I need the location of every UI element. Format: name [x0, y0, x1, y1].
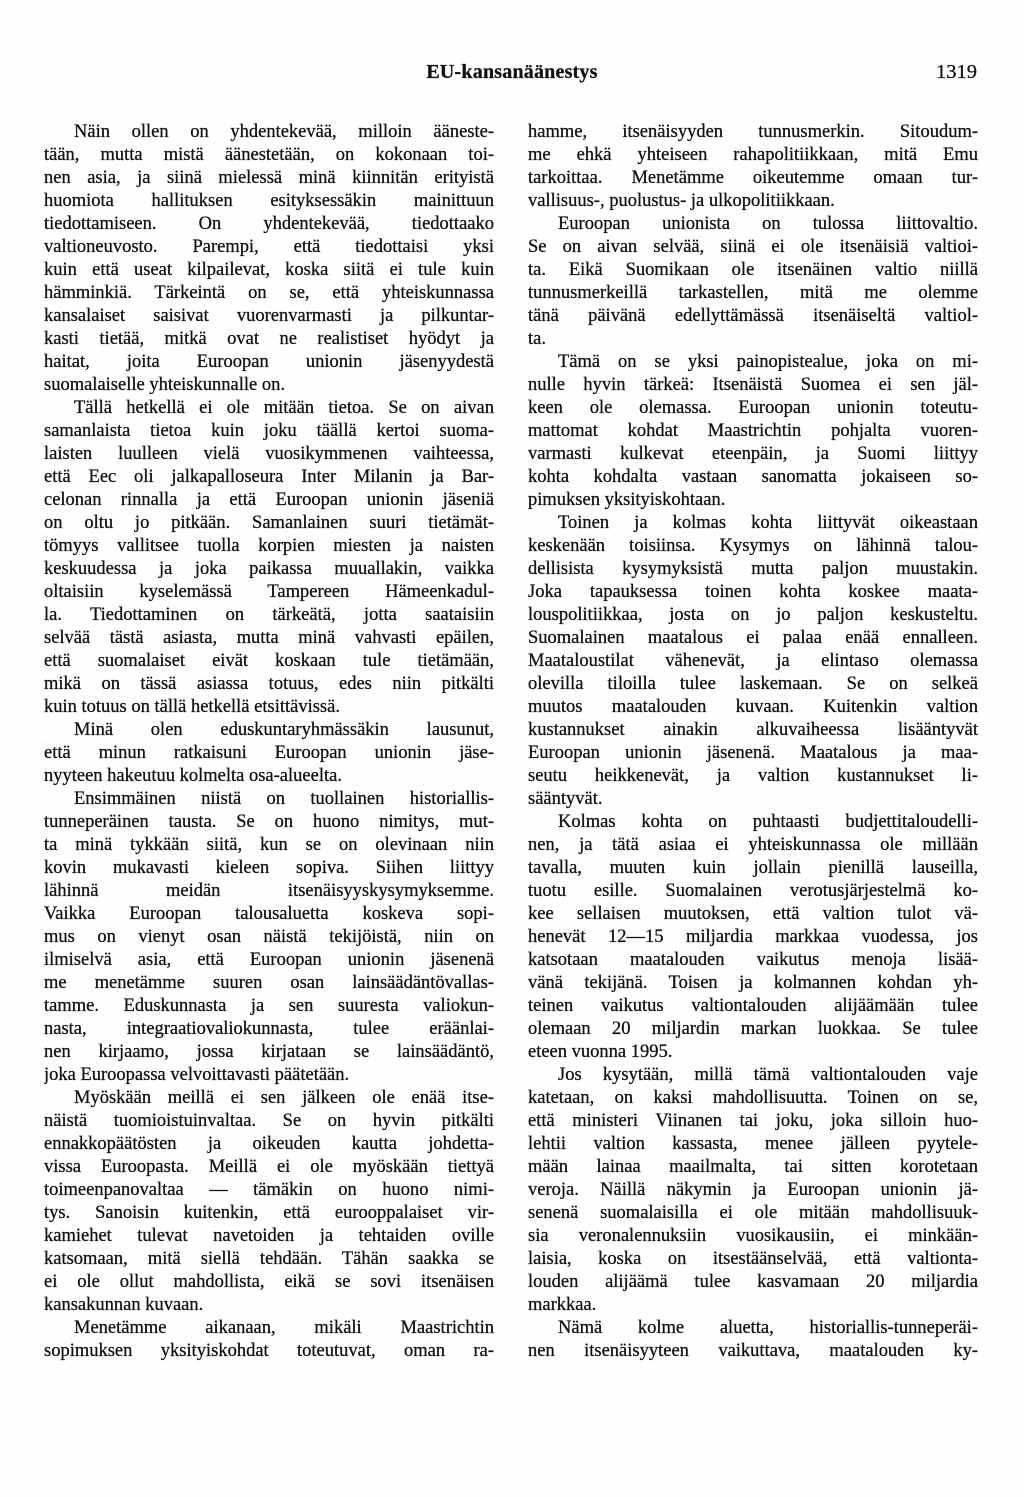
paragraph: Tällä hetkellä ei ole mitään tietoa. Se … — [44, 397, 494, 719]
text-line: laisten luulleen vielä vuosikymmenen vai… — [44, 443, 494, 466]
text-line: tunnusmerkeillä tarkastellen, mitä me ol… — [528, 282, 978, 305]
text-line: oltaisiin kyselemässä Tampereen Hämeenka… — [44, 581, 494, 604]
text-line: celonan rinnalla ja että Euroopan unioni… — [44, 489, 494, 512]
text-line: me menetämme suuren osan lainsäädäntöval… — [44, 972, 494, 995]
text-line: katsotaan maatalouden vaikutus menoja li… — [528, 949, 978, 972]
text-line: että suomalaiset eivät koskaan tule tiet… — [44, 650, 494, 673]
text-line: Kolmas kohta on puhtaasti budjettitaloud… — [528, 811, 978, 834]
text-line: Jos kysytään, millä tämä valtiontalouden… — [528, 1064, 978, 1087]
paragraph: Nämä kolme aluetta, historiallis-tunnepe… — [528, 1317, 978, 1363]
text-line: varmasti kulkevat eteenpäin, ja Suomi li… — [528, 443, 978, 466]
text-line: tömyys vallitsee tuolla korpien miesten … — [44, 535, 494, 558]
paragraph: Kolmas kohta on puhtaasti budjettitaloud… — [528, 811, 978, 1064]
text-line: ilmiselvä asia, että Euroopan unionin jä… — [44, 949, 494, 972]
text-line: näistä tuomioistuinvaltaa. Se on hyvin p… — [44, 1110, 494, 1133]
text-line: Se on aivan selvää, siinä ei ole itsenäi… — [528, 236, 978, 259]
text-line: keskenään toisiinsa. Kysymys on lähinnä … — [528, 535, 978, 558]
text-line: tuotu esille. Suomalainen verotusjärjest… — [528, 880, 978, 903]
text-line: Suomalainen maatalous ei palaa enää enna… — [528, 627, 978, 650]
text-line: ta. Eikä Suomikaan ole itsenäinen valtio… — [528, 259, 978, 282]
text-line: katsomaan, mitä siellä tehdään. Tähän sa… — [44, 1248, 494, 1271]
text-line: ta. — [528, 328, 978, 351]
text-line: ennakkopäätösten ja oikeuden kautta johd… — [44, 1133, 494, 1156]
text-column-right: hamme, itsenäisyyden tunnusmerkin. Sitou… — [528, 121, 978, 1363]
text-line: sopimuksen yksityiskohdat toteutuvat, om… — [44, 1340, 494, 1363]
paragraph: Näin ollen on yhdentekevää, milloin ääne… — [44, 121, 494, 397]
text-line: tänä päivänä edellyttämässä itsenäiseltä… — [528, 305, 978, 328]
text-line: seutu heikkenevät, ja valtion kustannuks… — [528, 765, 978, 788]
text-line: haitat, joita Euroopan unionin jäsenyyde… — [44, 351, 494, 374]
text-line: selvää tästä asiasta, mutta minä vahvast… — [44, 627, 494, 650]
text-line: Joka tapauksessa toinen kohta koskee maa… — [528, 581, 978, 604]
text-line: nyyteen hakeutuu kolmelta osa-alueelta. — [44, 765, 494, 788]
paragraph: Jos kysytään, millä tämä valtiontalouden… — [528, 1064, 978, 1317]
text-line: tamme. Eduskunnasta ja sen suuresta vali… — [44, 995, 494, 1018]
text-line: hamme, itsenäisyyden tunnusmerkin. Sitou… — [528, 121, 978, 144]
text-line: henevät 12—15 miljardia markkaa vuodessa… — [528, 926, 978, 949]
text-line: sia veronalennuksiin vuosikausiin, ei mi… — [528, 1225, 978, 1248]
text-line: veroja. Näillä näkymin ja Euroopan union… — [528, 1179, 978, 1202]
text-line: Tämä on se yksi painopistealue, joka on … — [528, 351, 978, 374]
text-line: nulle hyvin tärkeä: Itsenäistä Suomea ei… — [528, 374, 978, 397]
text-line: markkaa. — [528, 1294, 978, 1317]
text-line: Maataloustilat vähenevät, ja elintaso ol… — [528, 650, 978, 673]
text-line: senenä suomalaisilla ei ole mitään mahdo… — [528, 1202, 978, 1225]
text-line: tavalla, muuten kuin jollain pienillä la… — [528, 857, 978, 880]
text-line: on oltu jo pitkään. Samanlainen suuri ti… — [44, 512, 494, 535]
text-line: että minun ratkaisuni Euroopan unionin j… — [44, 742, 494, 765]
text-line: mattomat kohdat Maastrichtin pohjalta vu… — [528, 420, 978, 443]
document-page: EU-kansanäänestys 1319 Näin ollen on yhd… — [0, 0, 1024, 1497]
text-line: että ministeri Viinanen tai joku, joka s… — [528, 1110, 978, 1133]
text-line: louden alijäämä tulee kasvamaan 20 milja… — [528, 1271, 978, 1294]
text-line: eteen vuonna 1995. — [528, 1041, 978, 1064]
text-line: Menetämme aikanaan, mikäli Maastrichtin — [44, 1317, 494, 1340]
text-line: suomalaiselle yhteiskunnalle on. — [44, 374, 494, 397]
paragraph: Euroopan unionista on tulossa liittovalt… — [528, 213, 978, 351]
text-line: joka Euroopassa velvoittavasti päätetään… — [44, 1064, 494, 1087]
text-line: Myöskään meillä ei sen jälkeen ole enää … — [44, 1087, 494, 1110]
text-line: tään, mutta mistä äänestetään, on kokona… — [44, 144, 494, 167]
text-line: mikä on tässä asiassa totuus, edes niin … — [44, 673, 494, 696]
text-line: kohta kohdalta vastaan sanomatta jokaise… — [528, 466, 978, 489]
text-line: laisia, koska on itsestäänselvää, että v… — [528, 1248, 978, 1271]
page-number: 1319 — [936, 61, 977, 84]
text-line: dellisista kysymyksistä mutta paljon muu… — [528, 558, 978, 581]
text-line: kamiehet tulevat navetoiden ja tehtaiden… — [44, 1225, 494, 1248]
text-line: olevilla tiloilla tulee laskemaan. Se on… — [528, 673, 978, 696]
text-line: Euroopan unionin jäsenenä. Maatalous ja … — [528, 742, 978, 765]
text-line: kovin mukavasti kieleen sopiva. Siihen l… — [44, 857, 494, 880]
page-header: EU-kansanäänestys 1319 — [0, 61, 1024, 87]
text-line: kansakunnan kuvaan. — [44, 1294, 494, 1317]
paragraph: Minä olen eduskuntaryhmässäkin lausunut,… — [44, 719, 494, 788]
text-line: me ehkä yhteiseen rahapolitiikkaan, mitä… — [528, 144, 978, 167]
text-line: kansalaiset saisivat vuorenvarmasti ja p… — [44, 305, 494, 328]
paragraph: Ensimmäinen niistä on tuollainen histori… — [44, 788, 494, 1087]
text-line: tys. Sanoisin kuitenkin, että eurooppala… — [44, 1202, 494, 1225]
text-line: kasti tietää, mitkä ovat ne realistiset … — [44, 328, 494, 351]
text-line: teinen vaikutus valtiontalouden alijäämä… — [528, 995, 978, 1018]
text-line: Nämä kolme aluetta, historiallis-tunnepe… — [528, 1317, 978, 1340]
text-line: tarkoittaa. Menetämme oikeutemme omaan t… — [528, 167, 978, 190]
text-line: lehtii valtion kassasta, menee jälleen p… — [528, 1133, 978, 1156]
text-line: lähinnä meidän itsenäisyyskysymyksemme. — [44, 880, 494, 903]
text-line: keen ole olemassa. Euroopan unionin tote… — [528, 397, 978, 420]
text-line: mään lainaa maailmalta, tai sitten korot… — [528, 1156, 978, 1179]
text-line: valtioneuvosto. Parempi, että tiedottais… — [44, 236, 494, 259]
paragraph: hamme, itsenäisyyden tunnusmerkin. Sitou… — [528, 121, 978, 213]
text-line: olemaan 20 miljardin markan luokkaa. Se … — [528, 1018, 978, 1041]
text-line: huomiota hallituksen esityksessäkin main… — [44, 190, 494, 213]
text-line: Näin ollen on yhdentekevää, milloin ääne… — [44, 121, 494, 144]
text-line: kee sellaisen muutoksen, että valtion tu… — [528, 903, 978, 926]
text-line: toimeenpanovaltaa — tämäkin on huono nim… — [44, 1179, 494, 1202]
text-line: la. Tiedottaminen on tärkeätä, jotta saa… — [44, 604, 494, 627]
text-line: samanlaista tietoa kuin joku täällä kert… — [44, 420, 494, 443]
text-line: kuin että useat kilpailevat, koska siitä… — [44, 259, 494, 282]
paragraph: Tämä on se yksi painopistealue, joka on … — [528, 351, 978, 512]
text-line: Toinen ja kolmas kohta liittyvät oikeast… — [528, 512, 978, 535]
text-line: Ensimmäinen niistä on tuollainen histori… — [44, 788, 494, 811]
text-line: muutos maatalouden kuvaan. Kuitenkin val… — [528, 696, 978, 719]
text-line: kustannukset ainakin alkuvaiheessa lisää… — [528, 719, 978, 742]
paragraph: Menetämme aikanaan, mikäli Maastrichtins… — [44, 1317, 494, 1363]
text-line: hämminkiä. Tärkeintä on se, että yhteisk… — [44, 282, 494, 305]
text-line: tunneperäinen tausta. Se on huono nimity… — [44, 811, 494, 834]
text-line: ta minä tykkään siitä, kun se on olevina… — [44, 834, 494, 857]
text-line: vallisuus-, puolustus- ja ulkopolitiikka… — [528, 190, 978, 213]
running-title: EU-kansanäänestys — [0, 61, 1024, 84]
text-line: nen asia, ja siinä mielessä minä kiinnit… — [44, 167, 494, 190]
text-line: nen, ja tätä asiaa ei yhteiskunnassa ole… — [528, 834, 978, 857]
text-line: louspolitiikkaa, josta on jo paljon kesk… — [528, 604, 978, 627]
text-line: Euroopan unionista on tulossa liittovalt… — [528, 213, 978, 236]
text-line: ei ole ollut mahdollista, eikä se sovi i… — [44, 1271, 494, 1294]
text-line: että Eec oli jalkapalloseura Inter Milan… — [44, 466, 494, 489]
text-line: nasta, integraatiovaliokunnasta, tulee e… — [44, 1018, 494, 1041]
text-line: vänä tekijänä. Toisen ja kolmannen kohda… — [528, 972, 978, 995]
text-line: Minä olen eduskuntaryhmässäkin lausunut, — [44, 719, 494, 742]
text-line: tiedottamiseen. On yhdentekevää, tiedott… — [44, 213, 494, 236]
text-line: pimuksen yksityiskohtaan. — [528, 489, 978, 512]
text-line: mus on vienyt osan näistä tekijöistä, ni… — [44, 926, 494, 949]
text-line: kuin totuus on tällä hetkellä etsittävis… — [44, 696, 494, 719]
paragraph: Myöskään meillä ei sen jälkeen ole enää … — [44, 1087, 494, 1317]
text-line: Tällä hetkellä ei ole mitään tietoa. Se … — [44, 397, 494, 420]
text-line: keskuudessa ja joka paikassa muuallakin,… — [44, 558, 494, 581]
paragraph: Toinen ja kolmas kohta liittyvät oikeast… — [528, 512, 978, 811]
text-line: katetaan, on kaksi mahdollisuutta. Toine… — [528, 1087, 978, 1110]
text-line: nen itsenäisyyteen vaikuttava, maataloud… — [528, 1340, 978, 1363]
text-line: nen kirjaamo, jossa kirjataan se lainsää… — [44, 1041, 494, 1064]
text-line: Vaikka Euroopan talousaluetta koskeva so… — [44, 903, 494, 926]
text-line: vissa Euroopasta. Meillä ei ole myöskään… — [44, 1156, 494, 1179]
text-line: sääntyvät. — [528, 788, 978, 811]
text-column-left: Näin ollen on yhdentekevää, milloin ääne… — [44, 121, 494, 1363]
